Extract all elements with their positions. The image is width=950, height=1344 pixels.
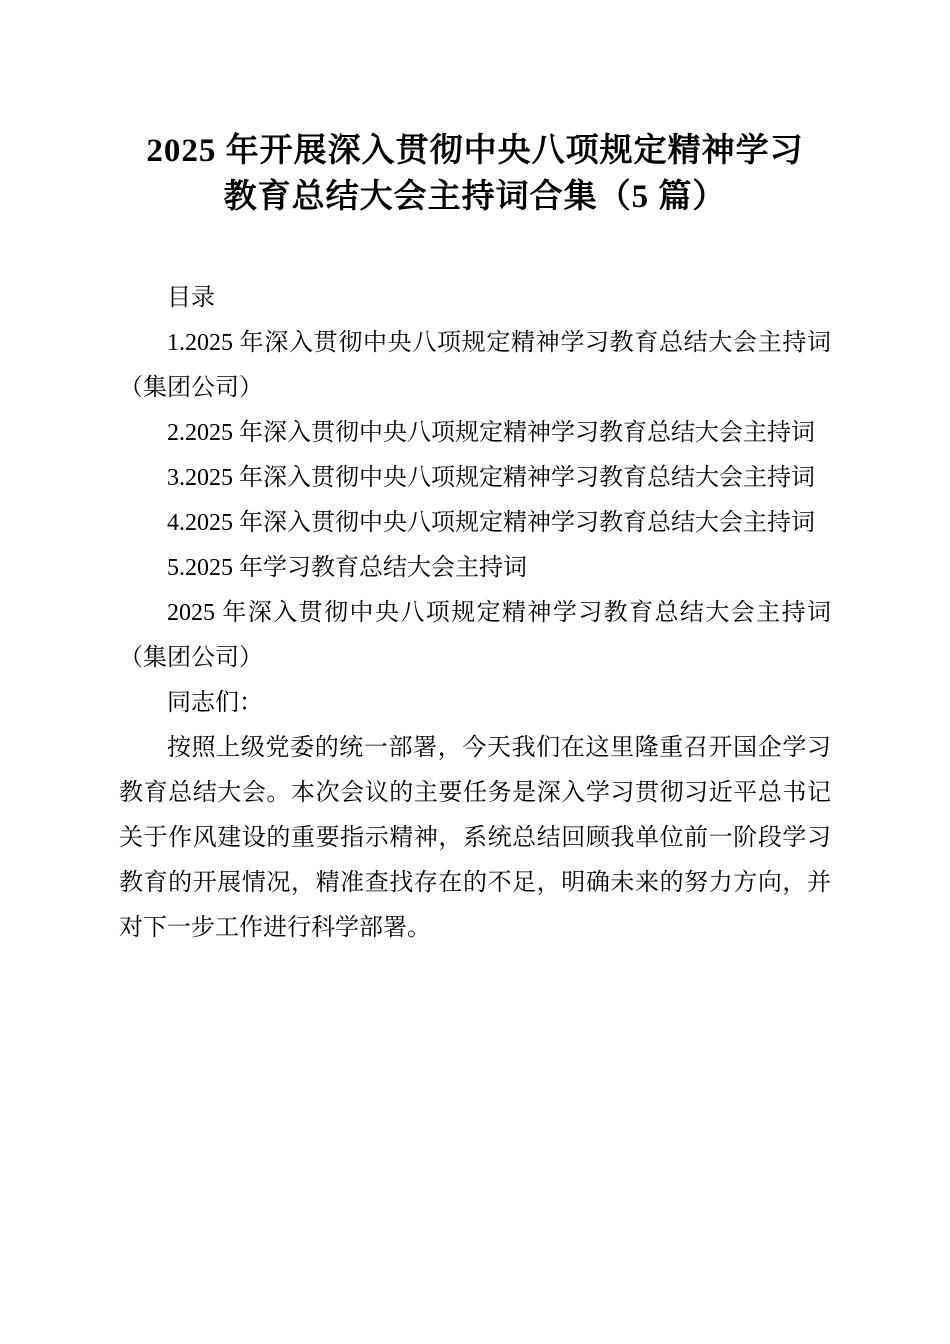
document-title: 2025 年开展深入贯彻中央八项规定精神学习 教育总结大会主持词合集（5 篇） xyxy=(119,128,831,220)
document-body: 目录 1.2025 年深入贯彻中央八项规定精神学习教育总结大会主持词（集团公司）… xyxy=(119,276,831,951)
toc-item-2: 2.2025 年深入贯彻中央八项规定精神学习教育总结大会主持词 xyxy=(119,411,831,456)
toc-item-4: 4.2025 年深入贯彻中央八项规定精神学习教育总结大会主持词 xyxy=(119,501,831,546)
section-paragraph: 按照上级党委的统一部署，今天我们在这里隆重召开国企学习教育总结大会。本次会议的主… xyxy=(119,726,831,951)
document-title-line-1: 2025 年开展深入贯彻中央八项规定精神学习 xyxy=(119,128,831,174)
toc-heading: 目录 xyxy=(119,276,831,321)
toc-item-3: 3.2025 年深入贯彻中央八项规定精神学习教育总结大会主持词 xyxy=(119,456,831,501)
section-heading: 2025 年深入贯彻中央八项规定精神学习教育总结大会主持词（集团公司） xyxy=(119,591,831,681)
toc-item-5: 5.2025 年学习教育总结大会主持词 xyxy=(119,546,831,591)
document-page: 2025 年开展深入贯彻中央八项规定精神学习 教育总结大会主持词合集（5 篇） … xyxy=(0,0,950,1344)
toc-item-1: 1.2025 年深入贯彻中央八项规定精神学习教育总结大会主持词（集团公司） xyxy=(119,321,831,411)
document-content: 2025 年开展深入贯彻中央八项规定精神学习 教育总结大会主持词合集（5 篇） … xyxy=(119,0,831,951)
document-title-line-2: 教育总结大会主持词合集（5 篇） xyxy=(119,174,831,220)
section-salutation: 同志们： xyxy=(119,681,831,726)
